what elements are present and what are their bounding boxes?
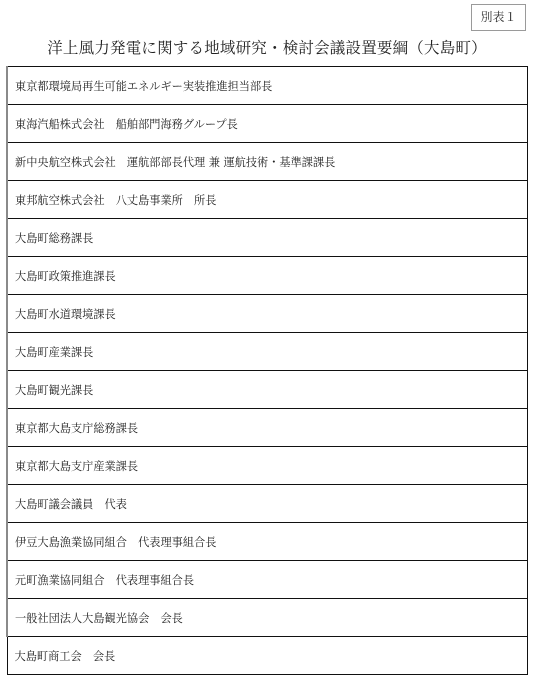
table-row: 元町漁業協同組合 代表理事組合長 (7, 561, 528, 599)
member-cell: 大島町水道環境課長 (7, 295, 528, 333)
document-title: 洋上風力発電に関する地域研究・検討会議設置要綱（大島町） (0, 36, 534, 58)
member-cell: 東邦航空株式会社 八丈島事業所 所長 (7, 181, 528, 219)
member-cell: 大島町政策推進課長 (7, 257, 528, 295)
table-row: 新中央航空株式会社 運航部部長代理 兼 運航技術・基準課課長 (7, 143, 528, 181)
member-cell: 大島町議会議員 代表 (7, 485, 528, 523)
member-cell: 伊豆大島漁業協同組合 代表理事組合長 (7, 523, 528, 561)
table-row: 東京都環境局再生可能エネルギー実装推進担当部長 (7, 67, 528, 105)
table-row: 一般社団法人大島観光協会 会長 (7, 599, 528, 637)
member-cell: 大島町商工会 会長 (7, 637, 528, 675)
table-row: 東海汽船株式会社 船舶部門海務グループ長 (7, 105, 528, 143)
member-cell: 元町漁業協同組合 代表理事組合長 (7, 561, 528, 599)
member-cell: 東京都大島支庁総務課長 (7, 409, 528, 447)
member-cell: 東海汽船株式会社 船舶部門海務グループ長 (7, 105, 528, 143)
member-cell: 新中央航空株式会社 運航部部長代理 兼 運航技術・基準課課長 (7, 143, 528, 181)
member-cell: 大島町総務課長 (7, 219, 528, 257)
member-cell: 一般社団法人大島観光協会 会長 (7, 599, 528, 637)
table-row: 大島町商工会 会長 (7, 637, 528, 675)
table-row: 東京都大島支庁総務課長 (7, 409, 528, 447)
table-row: 大島町総務課長 (7, 219, 528, 257)
table-row: 伊豆大島漁業協同組合 代表理事組合長 (7, 523, 528, 561)
member-cell: 大島町観光課長 (7, 371, 528, 409)
member-cell: 大島町産業課長 (7, 333, 528, 371)
table-row: 東邦航空株式会社 八丈島事業所 所長 (7, 181, 528, 219)
table-row: 大島町観光課長 (7, 371, 528, 409)
table-row: 大島町水道環境課長 (7, 295, 528, 333)
member-cell: 東京都大島支庁産業課長 (7, 447, 528, 485)
annex-label: 別表１ (471, 4, 526, 31)
member-table: 東京都環境局再生可能エネルギー実装推進担当部長 東海汽船株式会社 船舶部門海務グ… (6, 66, 528, 675)
table-row: 大島町産業課長 (7, 333, 528, 371)
member-cell: 東京都環境局再生可能エネルギー実装推進担当部長 (7, 67, 528, 105)
table-row: 大島町政策推進課長 (7, 257, 528, 295)
table-row: 大島町議会議員 代表 (7, 485, 528, 523)
table-row: 東京都大島支庁産業課長 (7, 447, 528, 485)
